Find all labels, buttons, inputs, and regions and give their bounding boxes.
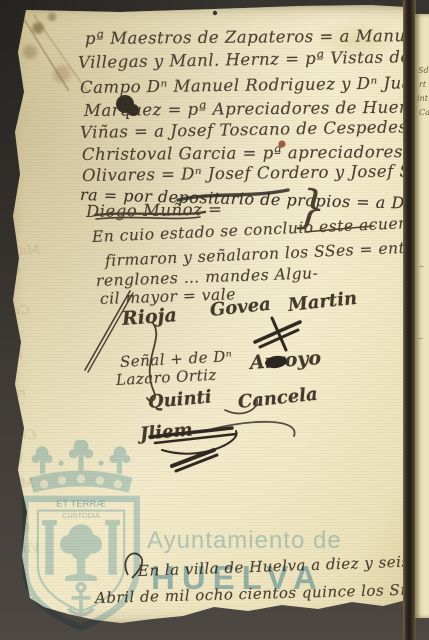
watermark-huelva-text: HUELVA [151, 559, 324, 597]
crest-motto-top: ET TERRÆ [56, 498, 106, 509]
watermark-ayuntamiento-text: Ayuntamiento de [147, 527, 342, 555]
archive-watermark: ET TERRÆ CUSTODIA Ayuntamiento de HUELVA [0, 0, 429, 640]
scanned-document: Marquez = pª Apreciadores de Huerto y Ch… [0, 0, 429, 640]
huelva-crest-icon: ET TERRÆ CUSTODIA [6, 440, 156, 640]
crest-motto-bottom: CUSTODIA [62, 511, 100, 520]
